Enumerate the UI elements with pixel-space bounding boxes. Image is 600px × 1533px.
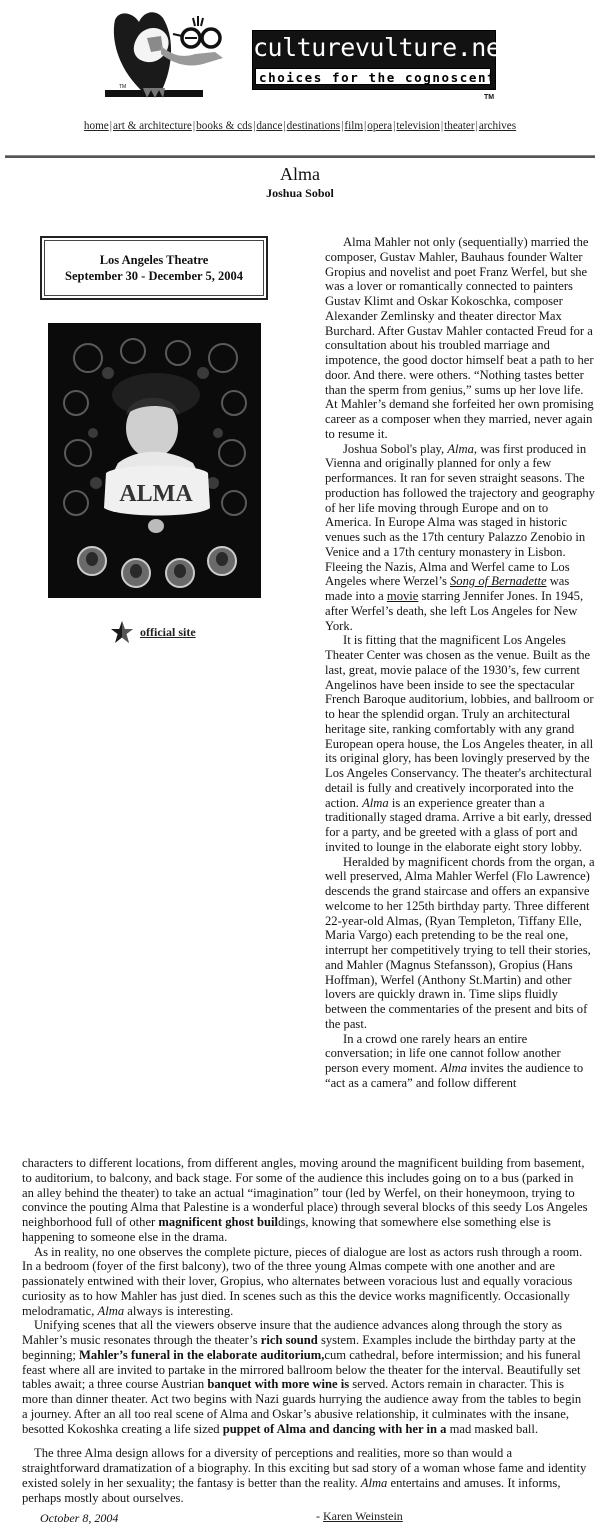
brand-tagline: choices for the cognoscenti	[255, 68, 491, 85]
paragraph-6: As in reality, no one observes the compl…	[22, 1245, 588, 1319]
play-title-emphasis: Alma	[98, 1304, 125, 1318]
reviewer-link[interactable]: Karen Weinstein	[323, 1509, 403, 1523]
play-title-emphasis: Alma	[361, 1476, 388, 1490]
paragraph-7: Unifying scenes that all the viewers obs…	[22, 1318, 588, 1436]
nav-opera[interactable]: opera	[367, 120, 392, 132]
nav-dance[interactable]: dance	[256, 120, 282, 132]
play-title-emphasis: Alma	[362, 796, 389, 810]
site-brand-banner[interactable]: culturevulture.net choices for the cogno…	[252, 30, 496, 90]
page-title: Alma	[0, 163, 600, 185]
bold-run: Mahler’s funeral in the elaborate audito…	[79, 1348, 324, 1362]
nav-television[interactable]: television	[396, 120, 440, 132]
nav-film[interactable]: film	[344, 120, 363, 132]
header-divider	[5, 155, 595, 158]
bold-run: rich sound	[261, 1333, 318, 1347]
paragraph-2: Joshua Sobol's play, Alma, was first pro…	[325, 442, 597, 634]
brand-name: culturevulture.net	[253, 33, 495, 63]
article-body-column: Alma Mahler not only (sequentially) marr…	[325, 235, 597, 1091]
article-body-wide: characters to different locations, from …	[22, 1156, 588, 1505]
paragraph-5-continued: characters to different locations, from …	[22, 1156, 588, 1245]
paragraph-8: The three Alma design allows for a diver…	[22, 1446, 588, 1505]
byline-dash: -	[316, 1509, 323, 1523]
venue-dates: September 30 - December 5, 2004	[45, 268, 263, 284]
review-date: October 8, 2004	[40, 1511, 118, 1526]
paragraph-3: It is fitting that the magnificent Los A…	[325, 633, 597, 854]
playwright-name: Joshua Sobol	[0, 186, 600, 201]
text-run: mad masked ball.	[446, 1422, 538, 1436]
nav-theater[interactable]: theater	[444, 120, 474, 132]
official-site-label[interactable]: official site	[140, 625, 196, 640]
poster-image: ALMA	[48, 323, 261, 598]
official-site-link[interactable]: official site	[110, 620, 196, 644]
nav-home[interactable]: home	[84, 120, 109, 132]
svg-text:TM: TM	[119, 84, 126, 90]
text-run: , was first produced in Vienna and origi…	[325, 442, 595, 589]
poster-title: ALMA	[119, 481, 193, 507]
nav-archives[interactable]: archives	[479, 120, 516, 132]
trademark-mark: TM	[484, 94, 494, 101]
nav-destinations[interactable]: destinations	[287, 120, 340, 132]
vulture-logo-icon[interactable]: TM	[103, 8, 233, 100]
paragraph-1: Alma Mahler not only (sequentially) marr…	[325, 235, 597, 442]
nav-books-cds[interactable]: books & cds	[196, 120, 252, 132]
nav-art-architecture[interactable]: art & architecture	[113, 120, 192, 132]
paragraph-5-start: In a crowd one rarely hears an entire co…	[325, 1032, 597, 1091]
bold-run: banquet with more wine is	[207, 1377, 349, 1391]
paragraph-4: Heralded by magnificent chords from the …	[325, 855, 597, 1032]
star-icon	[110, 620, 134, 644]
venue-name: Los Angeles Theatre	[45, 252, 263, 268]
movie-link[interactable]: movie	[387, 589, 418, 603]
text-run: Joshua Sobol's play,	[343, 442, 447, 456]
play-title-emphasis: Alma	[440, 1061, 467, 1075]
main-nav: home|art & architecture|books & cds|danc…	[0, 120, 600, 132]
venue-info-box: Los Angeles Theatre September 30 - Decem…	[40, 236, 268, 300]
text-run: always is interesting.	[124, 1304, 233, 1318]
bold-run: puppet of Alma and dancing with her in a	[223, 1422, 447, 1436]
bold-run: magnificent ghost buil	[158, 1215, 278, 1229]
song-of-bernadette-link[interactable]: Song of Bernadette	[450, 574, 547, 588]
play-title-emphasis: Alma	[447, 442, 474, 456]
reviewer-byline: - Karen Weinstein	[316, 1509, 403, 1524]
text-run: It is fitting that the magnificent Los A…	[325, 633, 594, 809]
